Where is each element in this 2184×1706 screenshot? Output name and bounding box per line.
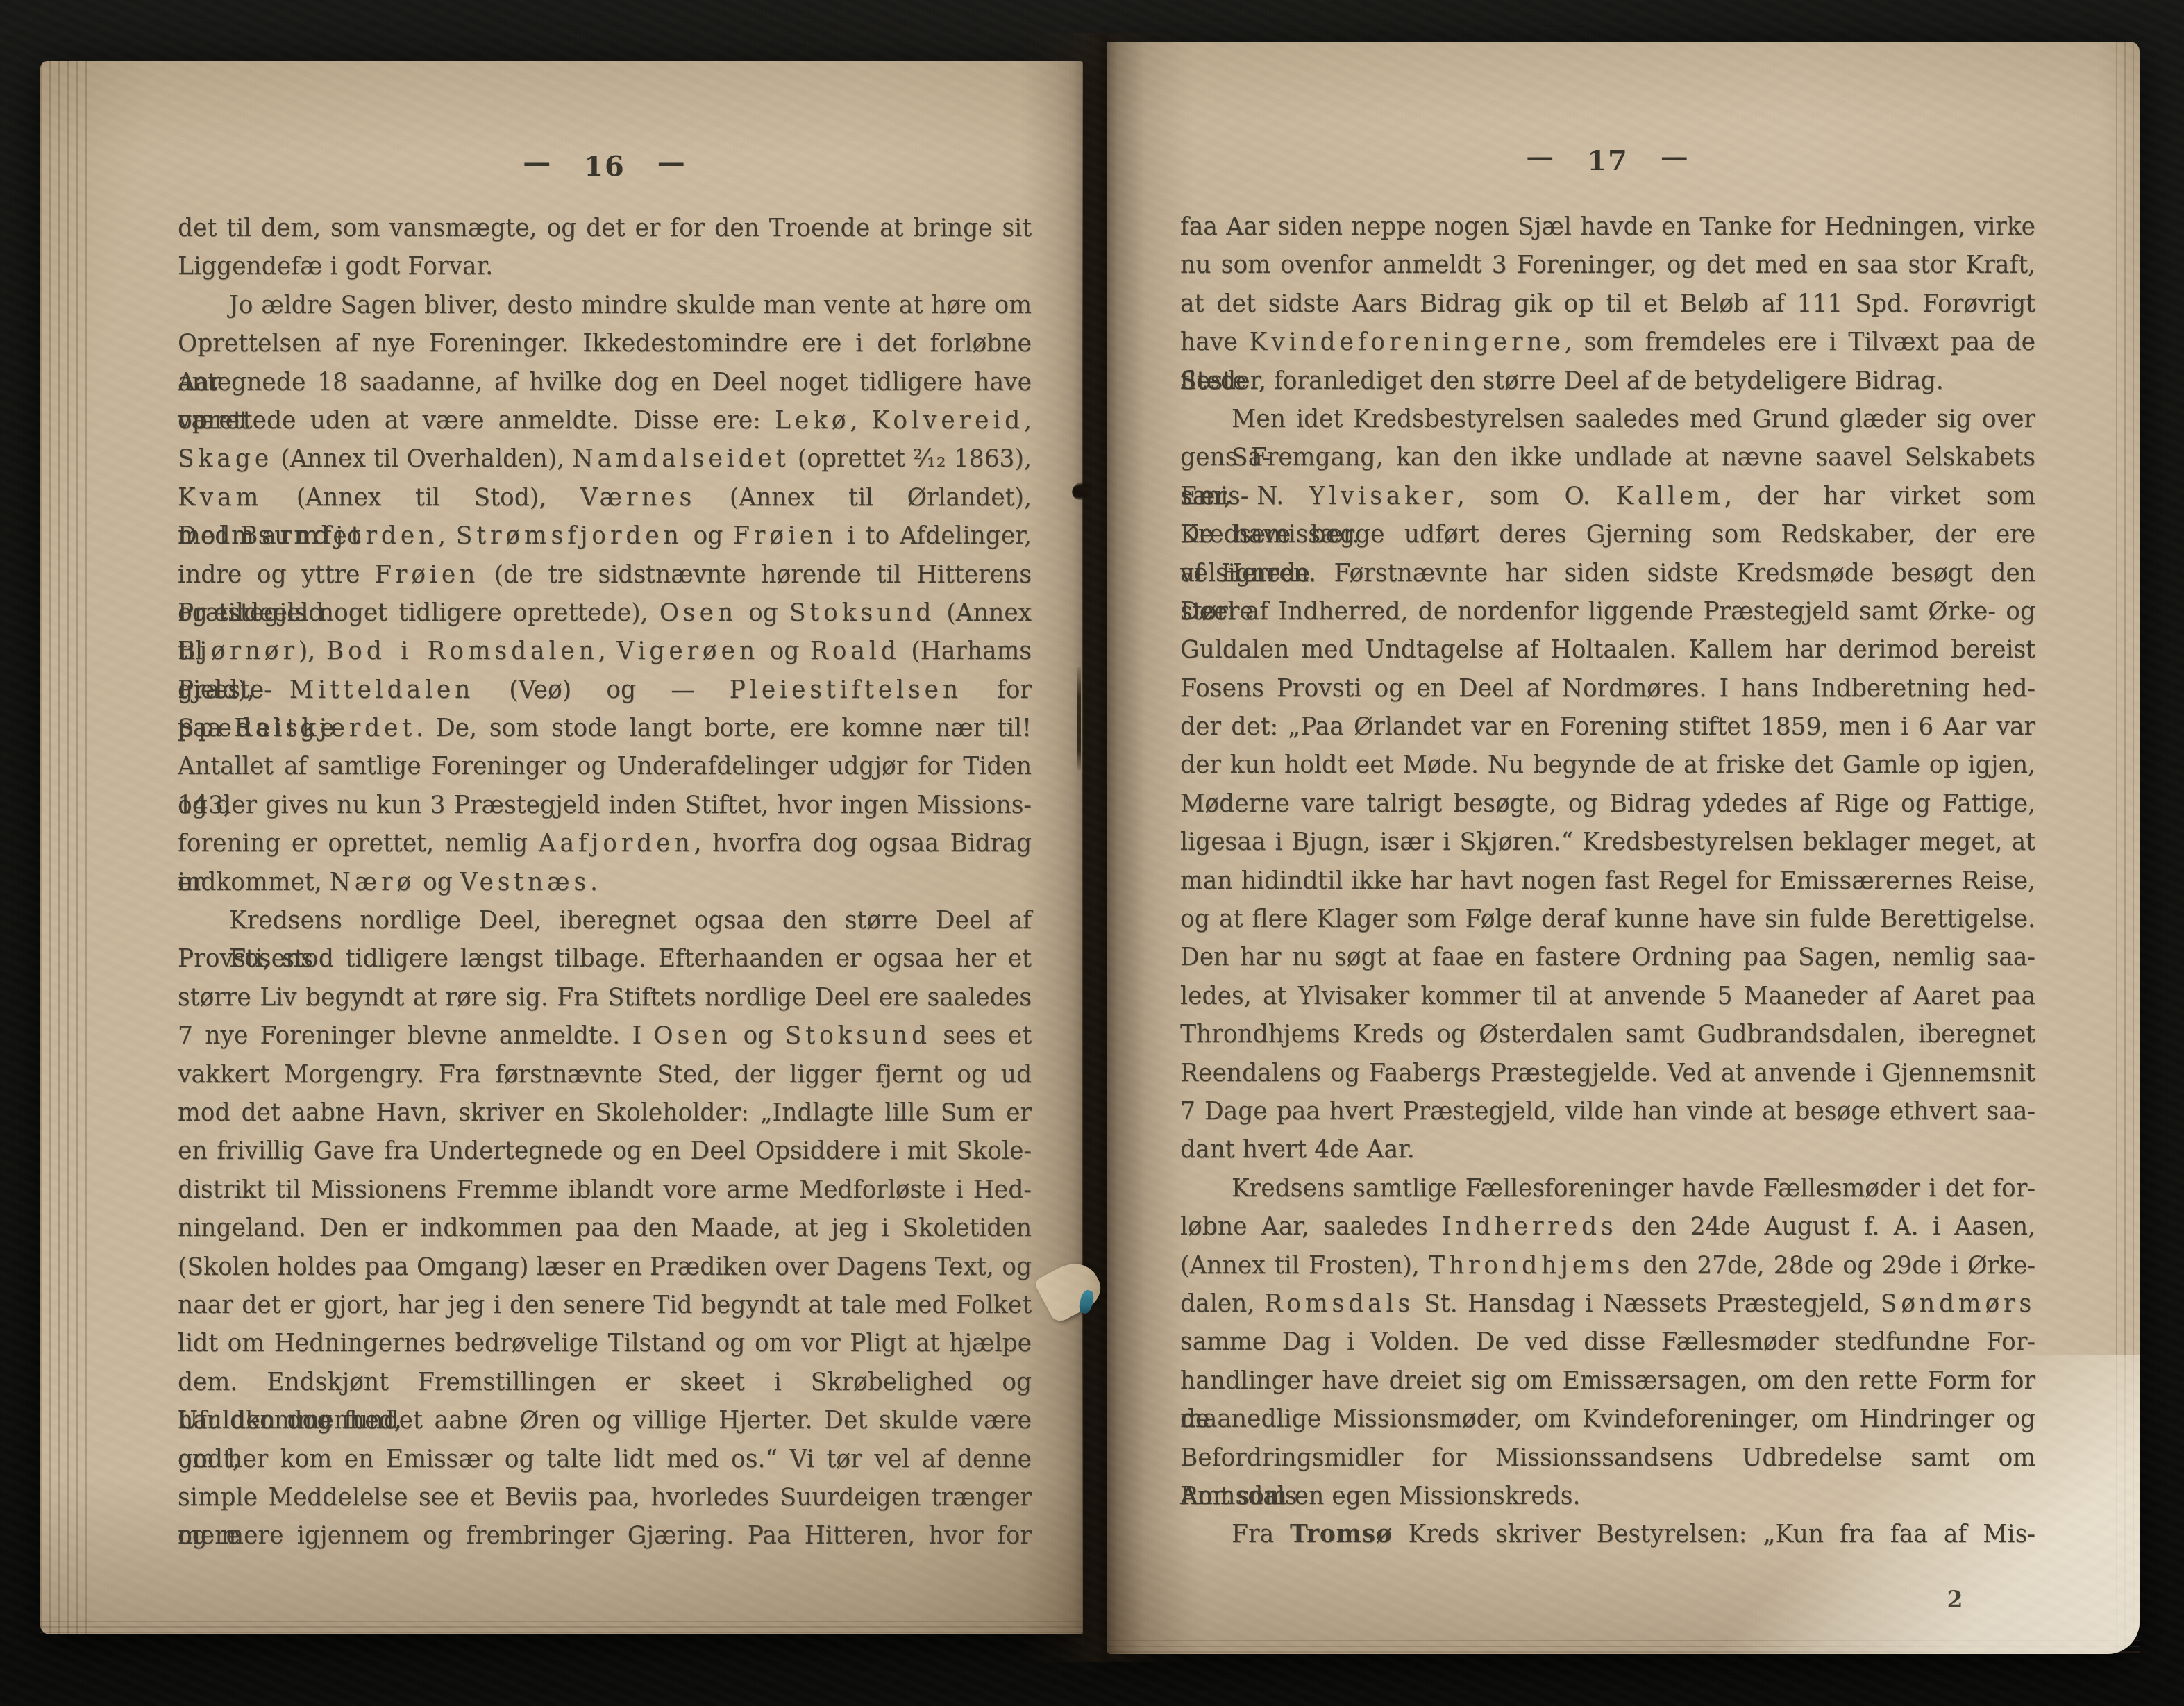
text-line: man hidindtil ikke har havt nogen fast R… xyxy=(1180,862,2035,901)
emphasis-spaced: Mitteldalen xyxy=(289,676,474,704)
text-line: Liggendefæ i godt Forvar. xyxy=(178,248,1032,286)
text-line: Antallet af samtlige Foreninger og Under… xyxy=(178,748,1032,786)
text-line: Kredsens nordlige Deel, iberegnet ogsaa … xyxy=(178,902,1032,940)
text-line: Deel af Indherred, de nordenfor liggende… xyxy=(1180,593,2035,631)
text-line: en frivillig Gave fra Undertegnede og en… xyxy=(178,1132,1032,1171)
text-line: paa Reitgjerdet. De, som stode langt bor… xyxy=(178,710,1032,748)
text-line: distrikt til Missionens Fremme iblandt v… xyxy=(178,1171,1032,1210)
emphasis-spaced: Pleiestiftelsen xyxy=(730,676,962,704)
page-17-text-column: —17— faa Aar siden neppe nogen Sjæl havd… xyxy=(1180,42,2035,1654)
emphasis-bold: Tromsø xyxy=(1290,1521,1392,1548)
text-line: Jo ældre Sagen bliver, desto mindre skul… xyxy=(178,287,1032,325)
emphasis-spaced: Kvam xyxy=(178,484,262,512)
emphasis-spaced: Bjørnør xyxy=(178,637,299,665)
pagenum-value: 16 xyxy=(584,150,625,183)
emphasis-spaced: Nærø xyxy=(330,869,415,896)
emphasis-spaced: Stoksund xyxy=(785,1022,931,1050)
text-line: indre og yttre Frøien (de tre sidstnævnt… xyxy=(178,556,1032,594)
text-line: Reendalens og Faabergs Præstegjelde. Ved… xyxy=(1180,1055,2035,1093)
pagenum-dash: — xyxy=(1661,140,1690,173)
text-line: Guldalen med Undtagelse af Holtaalen. Ka… xyxy=(1180,631,2035,669)
text-line: lidt om Hedningernes bedrøvelige Tilstan… xyxy=(178,1325,1032,1363)
emphasis-spaced: Aafjorden xyxy=(539,830,694,858)
signature-mark: 2 xyxy=(1913,1586,1997,1613)
text-line: dalen, Romsdals St. Hansdag i Næssets Pr… xyxy=(1180,1285,2035,1323)
text-line: nu som ovenfor anmeldt 3 Foreninger, og … xyxy=(1180,246,2035,285)
emphasis-spaced: Frøien xyxy=(733,522,837,550)
emphasis-spaced: Bod i Romsdalen xyxy=(326,637,598,665)
page-17-number: —17— xyxy=(1180,144,2035,177)
text-line: Befordringsmidler for Missionssandsens U… xyxy=(1180,1439,2035,1478)
text-line: faa Aar siden neppe nogen Sjæl havde en … xyxy=(1180,208,2035,246)
text-line: Provsti, stod tidligere længst tilbage. … xyxy=(178,940,1032,978)
emphasis-spaced: Skage xyxy=(178,445,273,473)
emphasis-spaced: Vestnæs xyxy=(460,869,590,896)
emphasis-spaced: Namdalseidet xyxy=(572,445,789,473)
text-line: ningeland. Den er indkommen paa den Maad… xyxy=(178,1210,1032,1248)
text-line: samme Dag i Volden. De ved disse Fællesm… xyxy=(1180,1323,2035,1362)
text-line: og der gives nu kun 3 Præstegjeld inden … xyxy=(178,787,1032,825)
text-line: om her kom en Emissær og talte lidt med … xyxy=(178,1441,1032,1479)
text-line: (Annex til Frosten), Throndhjems den 27d… xyxy=(1180,1247,2035,1285)
text-line: dem. Endskjønt Fremstillingen er skeet i… xyxy=(178,1364,1032,1402)
text-line: De have begge udført deres Gjerning som … xyxy=(1180,516,2035,554)
text-line: det til dem, som vansmægte, og det er fo… xyxy=(178,210,1032,248)
text-line: Oprettelsen af nye Foreninger. Ikkedesto… xyxy=(178,325,1032,363)
page-17: —17— faa Aar siden neppe nogen Sjæl havd… xyxy=(1107,42,2140,1654)
text-line: større Liv begyndt at røre sig. Fra Stif… xyxy=(178,979,1032,1017)
text-line: og at flere Klager som Følge deraf kunne… xyxy=(1180,901,2035,939)
emphasis-spaced: Strømsfjorden xyxy=(456,522,683,550)
pagenum-dash: — xyxy=(523,146,552,178)
left-page-edge-stack xyxy=(40,61,89,1634)
emphasis-spaced: Reitgjerdet xyxy=(234,714,416,742)
text-line: naar det er gjort, har jeg i den senere … xyxy=(178,1287,1032,1325)
text-line: Møderne vare talrigt besøgte, og Bidrag … xyxy=(1180,785,2035,823)
text-line: Bjørnør), Bod i Romsdalen, Vigerøen og R… xyxy=(178,633,1032,671)
text-line: sær, N. Ylvisaker, som O. Kallem, der ha… xyxy=(1180,478,2035,516)
page-16-lines: det til dem, som vansmægte, og det er fo… xyxy=(178,210,1032,1556)
emphasis-spaced: Romsdals xyxy=(1265,1290,1414,1318)
text-line: Amt som en egen Missionskreds. xyxy=(1180,1478,2035,1516)
page-16-number: —16— xyxy=(178,150,1032,183)
page-16-text-column: —16— det til dem, som vansmægte, og det … xyxy=(178,61,1032,1634)
text-line: Men idet Kredsbestyrelsen saaledes med G… xyxy=(1180,401,2035,439)
text-line: ligesaa i Bjugn, især i Skjøren.“ Kredsb… xyxy=(1180,823,2035,862)
emphasis-spaced: Throndhjems xyxy=(1429,1252,1633,1280)
text-line: der det: „Paa Ørlandet var en Forening s… xyxy=(1180,708,2035,746)
text-line: Throndhjems Kreds og Østerdalen samt Gud… xyxy=(1180,1016,2035,1054)
text-line: Fra Tromsø Kreds skriver Bestyrelsen: „K… xyxy=(1180,1516,2035,1554)
text-line: ledes, at Ylvisaker kommer til at anvend… xyxy=(1180,978,2035,1016)
text-line: gens Fremgang, kan den ikke undlade at n… xyxy=(1180,439,2035,477)
text-line: at det sidste Aars Bidrag gik op til et … xyxy=(1180,285,2035,324)
emphasis-spaced: Barmfjorden xyxy=(240,522,438,550)
emphasis-spaced: Kvindeforeningerne xyxy=(1250,328,1565,356)
page-17-lines: faa Aar siden neppe nogen Sjæl havde en … xyxy=(1180,208,2035,1555)
text-line: og tildeels noget tidligere oprettede), … xyxy=(178,594,1032,633)
emphasis-spaced: Lekø xyxy=(775,407,850,435)
right-page-edge-stack xyxy=(2109,42,2140,1654)
text-line: forening er oprettet, nemlig Aafjorden, … xyxy=(178,825,1032,863)
pagenum-dash: — xyxy=(1526,140,1555,173)
text-line: simple Meddelelse see et Beviis paa, hvo… xyxy=(178,1479,1032,1517)
emphasis-spaced: Vigerøen xyxy=(616,637,759,665)
emphasis-spaced: Kallem xyxy=(1615,483,1724,510)
text-line: vakkert Morgengry. Fra førstnævnte Sted,… xyxy=(178,1056,1032,1094)
text-line: mod det aabne Havn, skriver en Skolehold… xyxy=(178,1094,1032,1132)
text-line: gjeld), Mitteldalen (Veø) og — Pleiestif… xyxy=(178,671,1032,710)
text-line: 7 Dage paa hvert Præstegjeld, vilde han … xyxy=(1180,1093,2035,1131)
emphasis-spaced: Ylvisaker xyxy=(1309,483,1456,510)
binding-thread xyxy=(1077,667,1081,771)
emphasis-spaced: Stoksund xyxy=(789,599,935,627)
text-line: Kvam (Annex til Stod), Værnes (Annex til… xyxy=(178,479,1032,517)
text-line: der kun holdt eet Møde. Nu begynde de at… xyxy=(1180,746,2035,785)
text-line: og mere igjennem og frembringer Gjæring.… xyxy=(178,1517,1032,1555)
text-line: Kredsens samtlige Fællesforeninger havde… xyxy=(1180,1170,2035,1208)
page-16: —16— det til dem, som vansmægte, og det … xyxy=(40,61,1083,1634)
pagenum-dash: — xyxy=(657,146,687,178)
text-line: med Barmfjorden, Strømsfjorden og Frøien… xyxy=(178,517,1032,555)
text-line: løbne Aar, saaledes Indherreds den 24de … xyxy=(1180,1208,2035,1246)
text-line: 7 nye Foreninger blevne anmeldte. I Osen… xyxy=(178,1017,1032,1055)
text-line: indkommet, Nærø og Vestnæs. xyxy=(178,864,1032,902)
text-line: (Skolen holdes paa Omgang) læser en Præd… xyxy=(178,1248,1032,1287)
emphasis-spaced: Værnes xyxy=(580,484,696,512)
emphasis-spaced: Kolvereid xyxy=(872,407,1024,435)
text-line: Steder, foranlediget den større Deel af … xyxy=(1180,362,2035,401)
emphasis-spaced: Roald xyxy=(810,637,900,665)
emphasis-spaced: Osen xyxy=(653,1022,731,1050)
text-line: antegnede 18 saadanne, af hvilke dog en … xyxy=(178,364,1032,402)
text-line: handlinger have dreiet sig om Emissærsag… xyxy=(1180,1362,2035,1400)
emphasis-spaced: Frøien xyxy=(375,561,479,589)
text-line: af Herren. Førstnævnte har siden sidste … xyxy=(1180,555,2035,593)
text-line: dant hvert 4de Aar. xyxy=(1180,1131,2035,1169)
text-line: Skage (Annex til Overhalden), Namdalseid… xyxy=(178,440,1032,478)
pagenum-value: 17 xyxy=(1587,144,1629,177)
text-line: have Kvindeforeningerne, som fremdeles e… xyxy=(1180,324,2035,362)
text-line: maanedlige Missionsmøder, om Kvindeforen… xyxy=(1180,1400,2035,1439)
emphasis-spaced: Osen xyxy=(660,599,737,627)
text-line: Fosens Provsti og en Deel af Nordmøres. … xyxy=(1180,670,2035,708)
text-line: har den dog fundet aabne Øren og villige… xyxy=(178,1402,1032,1440)
text-line: Den har nu søgt at faae en fastere Ordni… xyxy=(1180,939,2035,977)
book-photo: —16— det til dem, som vansmægte, og det … xyxy=(0,0,2184,1706)
emphasis-spaced: Indherreds xyxy=(1442,1213,1617,1241)
text-line: oprettede uden at være anmeldte. Disse e… xyxy=(178,402,1032,440)
emphasis-spaced: Søndmørs xyxy=(1881,1290,2035,1318)
